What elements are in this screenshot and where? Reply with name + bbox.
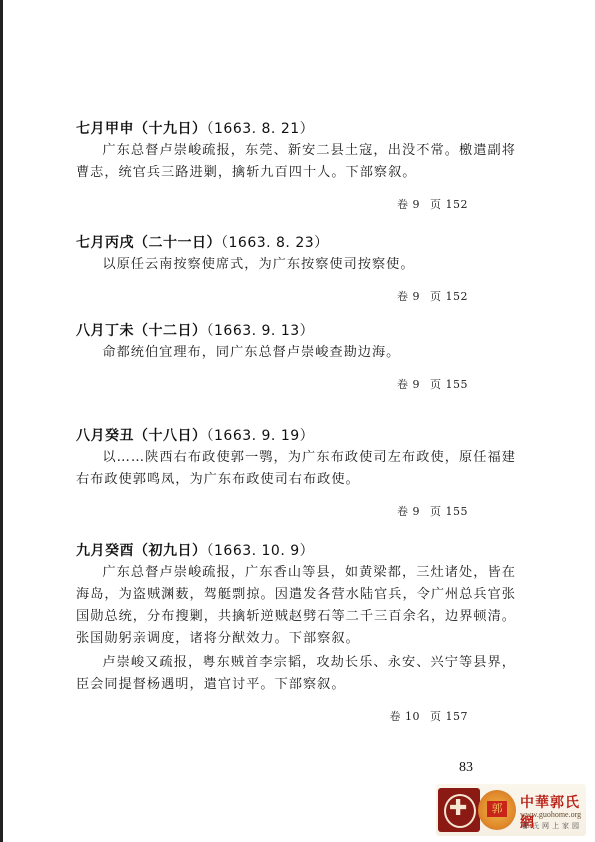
chronicle-entry: 七月丙戌（二十一日）（1663. 8. 23） 以原任云南按察使席式，为广东按察…: [76, 232, 516, 304]
chronicle-entry: 七月甲申（十九日）（1663. 8. 21） 广东总督卢崇峻疏报，东莞、新安二县…: [76, 118, 516, 212]
entry-paragraph: 广东总督卢崇峻疏报，东莞、新安二县土寇，出没不常。檄遣副将曹志，统官兵三路进剿，…: [76, 140, 516, 184]
entry-date: （1663. 8. 23）: [221, 235, 329, 251]
page-number: 83: [459, 760, 473, 776]
entry-date: （1663. 8. 21）: [207, 121, 315, 137]
chronicle-entry: 八月癸丑（十八日）（1663. 9. 19） 以……陕西右布政使郭一鹗，为广东布…: [76, 425, 516, 519]
entry-citation: 卷 10页 157: [76, 708, 516, 724]
entry-citation: 卷 9页 155: [76, 503, 516, 519]
page-left-border: [0, 0, 3, 842]
entry-header: 八月癸丑（十八日）（1663. 9. 19）: [76, 425, 516, 445]
entry-header: 八月丁未（十二日）（1663. 9. 13）: [76, 320, 516, 340]
entry-paragraph: 命都统伯宜理布，同广东总督卢崇峻查勘边海。: [76, 342, 516, 364]
entry-paragraph: 以……陕西右布政使郭一鹗，为广东布政使司左布政使，原任福建右布政使郭鸣凤，为广东…: [76, 447, 516, 491]
entry-date: （1663. 9. 19）: [207, 428, 315, 444]
entry-header: 九月癸酉（初九日）（1663. 10. 9）: [76, 540, 516, 560]
chronicle-entry: 八月丁未（十二日）（1663. 9. 13） 命都统伯宜理布，同广东总督卢崇峻查…: [76, 320, 516, 392]
watermark-url: www.guohome.org: [520, 810, 581, 819]
citation-volume: 卷 9: [397, 505, 420, 518]
entry-title: 七月甲申（十九日）: [76, 121, 207, 137]
entry-title: 九月癸酉（初九日）: [76, 543, 207, 559]
entry-title: 七月丙戌（二十一日）: [76, 235, 221, 251]
entry-title: 八月癸丑（十八日）: [76, 428, 207, 444]
citation-page: 页 152: [430, 198, 468, 211]
citation-volume: 卷 9: [397, 290, 420, 303]
seal-icon: 郭: [478, 790, 516, 830]
entry-paragraph: 以原任云南按察使席式，为广东按察使司按察使。: [76, 254, 516, 276]
chronicle-entry: 九月癸酉（初九日）（1663. 10. 9） 广东总督卢崇峻疏报，广东香山等县，…: [76, 540, 516, 724]
entry-header: 七月甲申（十九日）（1663. 8. 21）: [76, 118, 516, 138]
citation-volume: 卷 9: [397, 378, 420, 391]
citation-page: 页 152: [430, 290, 468, 303]
citation-page: 页 157: [430, 710, 468, 723]
citation-volume: 卷 9: [397, 198, 420, 211]
entry-date: （1663. 9. 13）: [207, 323, 315, 339]
watermark-slogan: 郭氏网上家园: [522, 821, 582, 831]
entry-citation: 卷 9页 152: [76, 288, 516, 304]
watermark-logo: 郭 中華郭氏網 www.guohome.org 郭氏网上家园: [436, 784, 586, 836]
entry-citation: 卷 9页 155: [76, 376, 516, 392]
entry-paragraph: 广东总督卢崇峻疏报，广东香山等县，如黄梁都，三灶诸处，皆在海岛，为盗贼渊薮，驾艇…: [76, 562, 516, 650]
entry-date: （1663. 10. 9）: [207, 543, 315, 559]
citation-page: 页 155: [430, 378, 468, 391]
entry-citation: 卷 9页 152: [76, 196, 516, 212]
entry-paragraph: 卢崇峻又疏报，粤东贼首李宗韬，攻劫长乐、永安、兴宁等县界，臣会同提督杨遇明，遣官…: [76, 652, 516, 696]
entry-header: 七月丙戌（二十一日）（1663. 8. 23）: [76, 232, 516, 252]
emblem-icon: [438, 788, 480, 832]
citation-page: 页 155: [430, 505, 468, 518]
citation-volume: 卷 10: [390, 710, 421, 723]
entry-title: 八月丁未（十二日）: [76, 323, 207, 339]
